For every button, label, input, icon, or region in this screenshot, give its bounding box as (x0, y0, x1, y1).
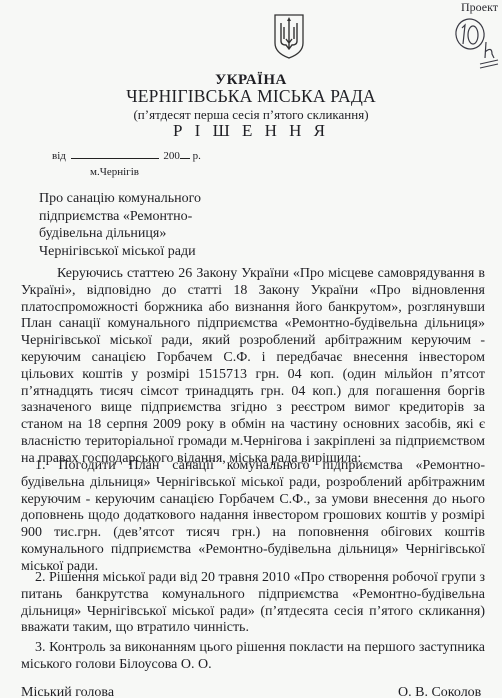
subject-line: підприємства «Ремонтно- (39, 208, 259, 226)
signature-name: О. В. Соколов (398, 685, 481, 698)
year-blank (180, 149, 190, 159)
council-heading: ЧЕРНІГІВСЬКА МІСЬКА РАДА (0, 86, 502, 107)
signature-title: Міський голова (21, 685, 114, 698)
date-prefix: від (52, 150, 66, 162)
document-page: Проект УКРАЇНА ЧЕРНІГІВСЬКА МІСЬКА РАДА … (0, 0, 502, 698)
subject-line: Про санацію комунального (39, 190, 259, 208)
subject-line: Чернігівської міської ради (39, 243, 259, 261)
date-suffix: р. (193, 150, 201, 162)
decision-item-2: 2. Рішення міської ради від 20 травня 20… (21, 570, 485, 637)
decision-item-1: 1. Погодити План санації комунального пі… (21, 458, 485, 576)
date-line: від 200 р. (52, 149, 201, 162)
subject-block: Про санацію комунального підприємства «Р… (39, 190, 259, 260)
date-year: 200 (163, 150, 180, 162)
date-blank (71, 149, 159, 159)
trident-coat-of-arms-icon (273, 13, 305, 59)
preamble-paragraph: Керуючись статтею 26 Закону України «Про… (21, 266, 485, 468)
handwritten-number-mark (452, 14, 500, 70)
draft-stamp: Проект (461, 0, 498, 15)
subject-line: будівельна дільниця» (39, 225, 259, 243)
decision-item-3: 3. Контроль за виконанням цього рішення … (21, 640, 485, 674)
document-type-heading: Р І Ш Е Н Н Я (0, 121, 502, 141)
city-label: м.Чернігів (90, 166, 139, 178)
